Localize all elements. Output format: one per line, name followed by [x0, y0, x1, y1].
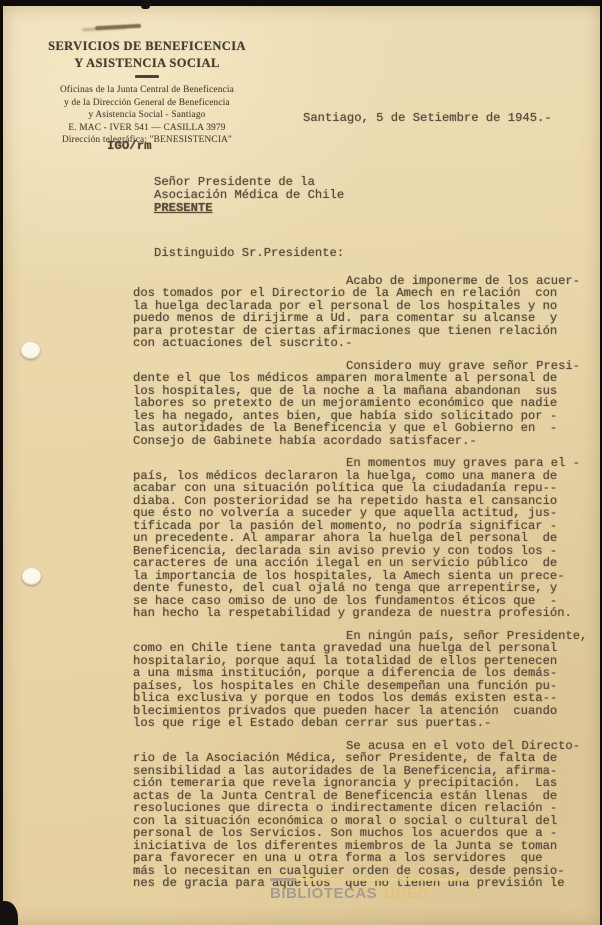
- punch-hole-bottom: [22, 568, 41, 585]
- letter-paragraph-2: Considero muy grave señor Presi- dente e…: [133, 360, 589, 448]
- watermark-rule: [270, 878, 470, 881]
- org-name-line2: Y ASISTENCIA SOCIAL: [40, 55, 254, 72]
- reference-initials: IGO/rm: [107, 139, 152, 153]
- letterhead-address-line: E. MAC - IVER 541 — CASILLA 3979: [40, 122, 254, 135]
- salutation: Distinguido Sr.Presidente:: [154, 247, 589, 260]
- recipient-presente: PRESENTE: [154, 202, 344, 215]
- letter-paragraph-5: Se acusa en el voto del Directo- rio de …: [133, 740, 589, 890]
- letterhead: SERVICIOS DE BENEFICENCIA Y ASISTENCIA S…: [40, 38, 254, 147]
- letterhead-address-line: y Asistencia Social - Santiago: [40, 109, 254, 122]
- recipient-block: Señor Presidente de la Asociación Médica…: [154, 176, 344, 215]
- letter-paragraph-4: En ningún país, señor Presidente, como e…: [133, 630, 589, 730]
- letterhead-address-line: y de la Dirección General de Beneficenci…: [40, 97, 254, 110]
- letterhead-address-line: Oficinas de la Junta Central de Benefice…: [40, 84, 254, 97]
- letter-paragraph-3: En momentos muy graves para el - país, l…: [133, 457, 589, 620]
- letterhead-divider: [135, 75, 159, 78]
- org-name-line1: SERVICIOS DE BENEFICENCIA: [40, 38, 254, 55]
- library-watermark: BIBLIOTECASUDEC: [270, 878, 470, 902]
- scanned-letter-page: SERVICIOS DE BENEFICENCIA Y ASISTENCIA S…: [0, 0, 602, 925]
- watermark-text-secondary: UDEC: [384, 885, 429, 902]
- dateline: Santiago, 5 de Setiembre de 1945.-: [303, 111, 552, 125]
- watermark-text-primary: BIBLIOTECAS: [270, 885, 377, 902]
- letter-body: Distinguido Sr.Presidente: Acabo de impo…: [133, 247, 589, 900]
- punch-hole-top: [21, 342, 40, 359]
- letter-paragraph-1: Acabo de imponerme de los acuer- dos tom…: [133, 275, 589, 350]
- scan-edge-tick: [141, 0, 150, 9]
